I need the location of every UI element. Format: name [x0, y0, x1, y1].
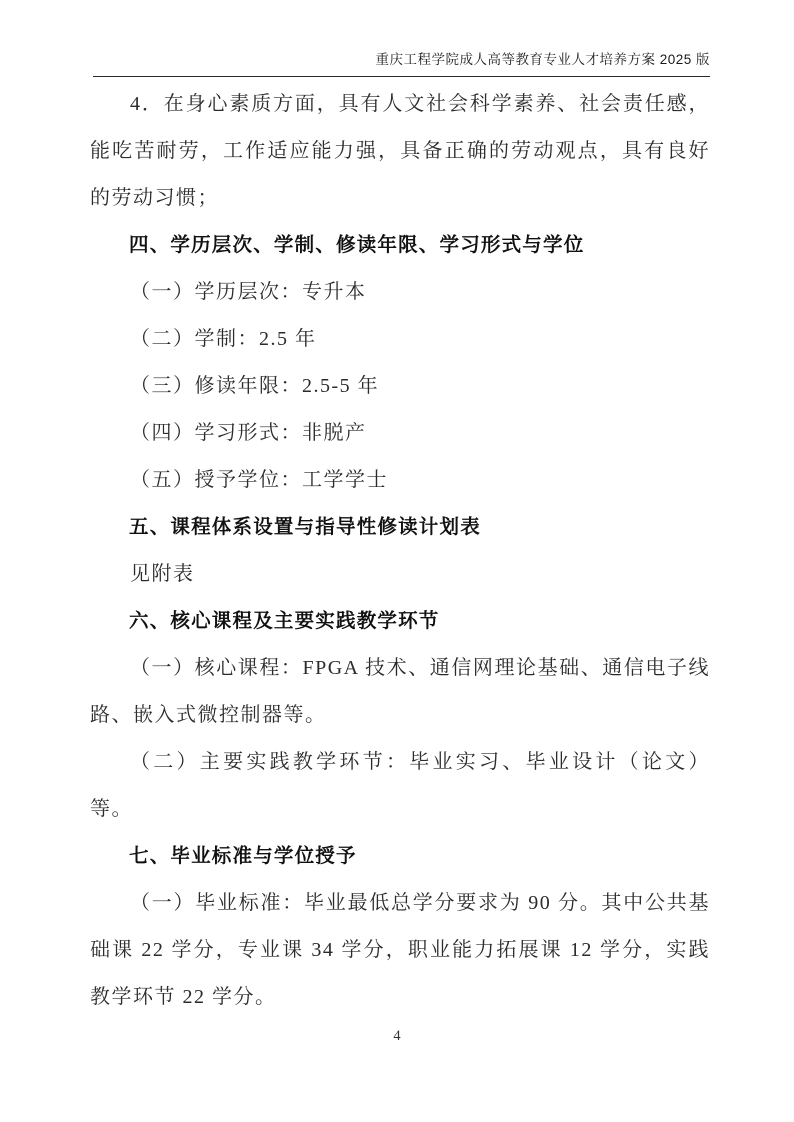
page-number: 4: [393, 1028, 400, 1044]
document-content: 4．在身心素质方面，具有人文社会科学素养、社会责任感，能吃苦耐劳，工作适应能力强…: [90, 81, 710, 1021]
section-heading: 六、核心课程及主要实践教学环节: [90, 598, 710, 645]
paragraph: （三）修读年限：2.5-5 年: [90, 363, 710, 410]
paragraph: （五）授予学位：工学学士: [90, 457, 710, 504]
page-footer: 4: [0, 1028, 794, 1045]
paragraph: （二）主要实践教学环节：毕业实习、毕业设计（论文）等。: [90, 739, 710, 833]
section-heading: 四、学历层次、学制、修读年限、学习形式与学位: [90, 222, 710, 269]
document-page: 重庆工程学院成人高等教育专业人才培养方案 2025 版 4．在身心素质方面，具有…: [0, 0, 794, 1122]
paragraph: 见附表: [90, 551, 710, 598]
paragraph: （一）毕业标准：毕业最低总学分要求为 90 分。其中公共基础课 22 学分，专业…: [90, 880, 710, 1021]
section-heading: 五、课程体系设置与指导性修读计划表: [90, 504, 710, 551]
section-heading: 七、毕业标准与学位授予: [90, 833, 710, 880]
paragraph: （四）学习形式：非脱产: [90, 410, 710, 457]
paragraph: （一）核心课程：FPGA 技术、通信网理论基础、通信电子线路、嵌入式微控制器等。: [90, 645, 710, 739]
paragraph: 4．在身心素质方面，具有人文社会科学素养、社会责任感，能吃苦耐劳，工作适应能力强…: [90, 81, 710, 222]
paragraph: （二）学制：2.5 年: [90, 316, 710, 363]
header-text: 重庆工程学院成人高等教育专业人才培养方案 2025 版: [375, 52, 710, 67]
page-header: 重庆工程学院成人高等教育专业人才培养方案 2025 版: [93, 48, 710, 77]
paragraph: （一）学历层次：专升本: [90, 269, 710, 316]
